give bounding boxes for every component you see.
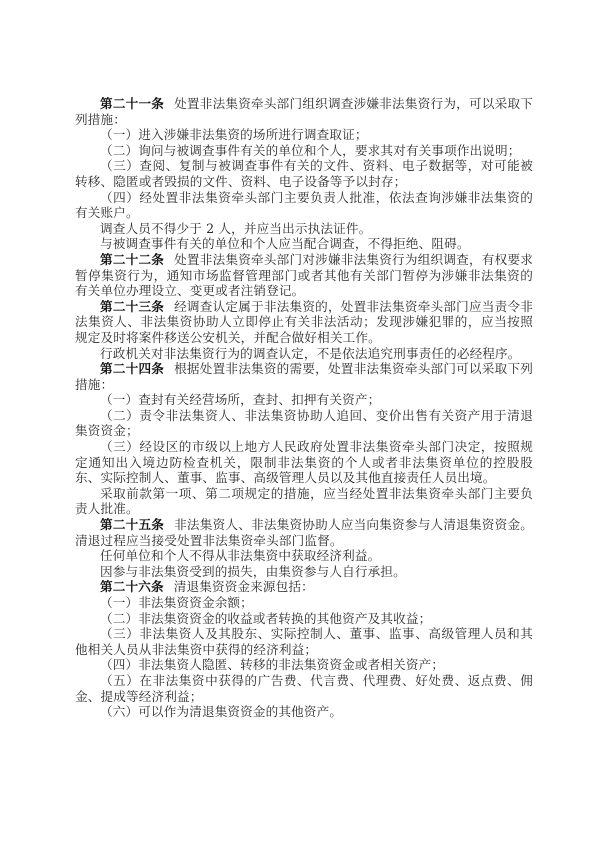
article-paragraph: 第二十四条根据处置非法集资的需要，处置非法集资牵头部门可以采取下列措施： xyxy=(75,361,533,392)
article-heading: 第二十六条 xyxy=(100,579,164,594)
article-paragraph: 第二十一条处置非法集资牵头部门组织调查涉嫌非法集资行为，可以采取下列措施： xyxy=(75,96,533,127)
article-heading: 第二十一条 xyxy=(100,96,164,111)
clause-paragraph: 因参与非法集资受到的损失，由集资参与人自行承担。 xyxy=(75,564,533,580)
paragraph-text: 清退集资资金来源包括： xyxy=(174,579,314,594)
clause-paragraph: 采取前款第一项、第二项规定的措施，应当经处置非法集资牵头部门主要负责人批准。 xyxy=(75,486,533,517)
clause-paragraph: （二）责令非法集资人、非法集资协助人追回、变价出售有关资产用于清退集资资金； xyxy=(75,408,533,439)
clause-paragraph: 行政机关对非法集资行为的调查认定，不是依法追究刑事责任的必经程序。 xyxy=(75,346,533,362)
paragraph-text: 行政机关对非法集资行为的调查认定，不是依法追究刑事责任的必经程序。 xyxy=(100,346,521,361)
clause-paragraph: （四）非法集资人隐匿、转移的非法集资资金或者相关资产； xyxy=(75,657,533,673)
paragraph-text: （二）责令非法集资人、非法集资协助人追回、变价出售有关资产用于清退集资资金； xyxy=(75,408,533,439)
paragraph-text: （六）可以作为清退集资资金的其他资产。 xyxy=(100,704,342,719)
paragraph-text: 采取前款第一项、第二项规定的措施，应当经处置非法集资牵头部门主要负责人批准。 xyxy=(75,486,533,517)
paragraph-text: （三）非法集资人及其股东、实际控制人、董事、监事、高级管理人员和其他相关人员从非… xyxy=(75,626,533,657)
paragraph-text: （四）非法集资人隐匿、转移的非法集资资金或者相关资产； xyxy=(100,657,444,672)
clause-paragraph: （三）非法集资人及其股东、实际控制人、董事、监事、高级管理人员和其他相关人员从非… xyxy=(75,626,533,657)
clause-paragraph: 调查人员不得少于 2 人，并应当出示执法证件。 xyxy=(75,221,533,237)
paragraph-text: （三）查阅、复制与被调查事件有关的文件、资料、电子数据等，对可能被转移、隐匿或者… xyxy=(75,158,533,189)
clause-paragraph: （四）经处置非法集资牵头部门主要负责人批准，依法查询涉嫌非法集资的有关账户。 xyxy=(75,190,533,221)
paragraph-text: （四）经处置非法集资牵头部门主要负责人批准，依法查询涉嫌非法集资的有关账户。 xyxy=(75,190,533,221)
article-paragraph: 第二十三条经调查认定属于非法集资的，处置非法集资牵头部门应当责令非法集资人、非法… xyxy=(75,299,533,346)
paragraph-text: 任何单位和个人不得从非法集资中获取经济利益。 xyxy=(100,548,380,563)
clause-paragraph: （三）经设区的市级以上地方人民政府处置非法集资牵头部门决定，按照规定通知出入境边… xyxy=(75,439,533,486)
article-heading: 第二十五条 xyxy=(100,517,164,532)
paragraph-text: （二）询问与被调查事件有关的单位和个人，要求其对有关事项作出说明； xyxy=(100,143,521,158)
clause-paragraph: （一）进入涉嫌非法集资的场所进行调查取证； xyxy=(75,127,533,143)
clause-paragraph: 与被调查事件有关的单位和个人应当配合调查，不得拒绝、阻碍。 xyxy=(75,236,533,252)
paragraph-text: （三）经设区的市级以上地方人民政府处置非法集资牵头部门决定，按照规定通知出入境边… xyxy=(75,439,533,485)
clause-paragraph: （二）非法集资资金的收益或者转换的其他资产及其收益； xyxy=(75,611,533,627)
clause-paragraph: 任何单位和个人不得从非法集资中获取经济利益。 xyxy=(75,548,533,564)
clause-paragraph: （六）可以作为清退集资资金的其他资产。 xyxy=(75,704,533,720)
paragraph-text: （二）非法集资资金的收益或者转换的其他资产及其收益； xyxy=(100,611,431,626)
paragraph-text: （一）非法集资资金余额； xyxy=(100,595,253,610)
clause-paragraph: （五）在非法集资中获得的广告费、代言费、代理费、好处费、返点费、佣金、提成等经济… xyxy=(75,673,533,704)
paragraph-text: 调查人员不得少于 2 人，并应当出示执法证件。 xyxy=(100,221,371,236)
paragraph-text: （五）在非法集资中获得的广告费、代言费、代理费、好处费、返点费、佣金、提成等经济… xyxy=(75,673,533,704)
clause-paragraph: （一）查封有关经营场所，查封、扣押有关资产； xyxy=(75,392,533,408)
paragraph-text: 因参与非法集资受到的损失，由集资参与人自行承担。 xyxy=(100,564,406,579)
article-paragraph: 第二十六条清退集资资金来源包括： xyxy=(75,579,533,595)
paragraph-text: 与被调查事件有关的单位和个人应当配合调查，不得拒绝、阻碍。 xyxy=(100,236,470,251)
clause-paragraph: （二）询问与被调查事件有关的单位和个人，要求其对有关事项作出说明； xyxy=(75,143,533,159)
article-heading: 第二十二条 xyxy=(100,252,164,267)
paragraph-text: （一）进入涉嫌非法集资的场所进行调查取证； xyxy=(100,127,368,142)
clause-paragraph: （三）查阅、复制与被调查事件有关的文件、资料、电子数据等，对可能被转移、隐匿或者… xyxy=(75,158,533,189)
article-heading: 第二十三条 xyxy=(100,299,164,314)
article-heading: 第二十四条 xyxy=(100,361,164,376)
article-paragraph: 第二十五条非法集资人、非法集资协助人应当向集资参与人清退集资资金。清退过程应当接… xyxy=(75,517,533,548)
document-page: 第二十一条处置非法集资牵头部门组织调查涉嫌非法集资行为，可以采取下列措施：（一）… xyxy=(75,96,533,720)
clause-paragraph: （一）非法集资资金余额； xyxy=(75,595,533,611)
paragraph-text: （一）查封有关经营场所，查封、扣押有关资产； xyxy=(100,392,380,407)
article-paragraph: 第二十二条处置非法集资牵头部门对涉嫌非法集资行为组织调查，有权要求暂停集资行为，… xyxy=(75,252,533,299)
